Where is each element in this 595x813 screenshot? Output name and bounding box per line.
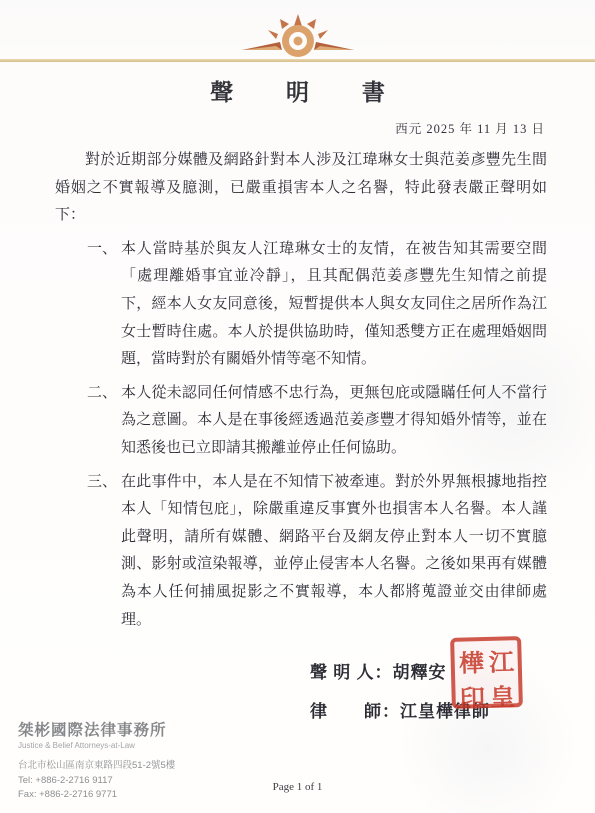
document-date: 西元 2025 年 11 月 13 日 [0,119,595,137]
declaration-list: 一、 本人當時基於與友人江瑋琳女士的友情，在被告知其需要空間「處理離婚事宜並冷靜… [55,236,547,634]
firm-name-english: Justice & Belief Attorneys-at-Law [18,741,175,750]
statement-document: 聲明書 西元 2025 年 11 月 13 日 對於近期部分媒體及網路針對本人涉… [0,0,595,813]
seal-char: 樺 [456,643,488,679]
item-text: 本人當時基於與友人江瑋琳女士的友情，在被告知其需要空間「處理離婚事宜並冷靜」，且… [121,236,547,374]
document-title: 聲明書 [157,74,438,107]
firm-address: 台北市松山區南京東路四段51-2號5樓 [18,759,175,774]
declarant-name: 胡釋安 [393,663,447,682]
firm-name: 桀彬國際法律事務所 [18,718,175,740]
intro-paragraph: 對於近期部分媒體及網路針對本人涉及江瑋琳女士與范姜彥豐先生間婚姻之不實報導及臆測… [55,147,547,230]
sun-logo-icon [240,14,356,58]
firm-logo [0,14,595,58]
seal-char: 皇 [486,677,518,713]
document-body: 對於近期部分媒體及網路針對本人涉及江瑋琳女士與范姜彥豐先生間婚姻之不實報導及臆測… [0,137,595,720]
declaration-item-2: 二、 本人從未認同任何情感不忠行為，更無包庇或隱瞞任何人不當行為之意圖。本人是在… [55,380,547,463]
item-number: 一、 [87,236,121,374]
item-text: 在此事件中，本人是在不知情下被牽連。對於外界無根據地指控本人「知情包庇」，除嚴重… [121,469,547,635]
declaration-item-1: 一、 本人當時基於與友人江瑋琳女士的友情，在被告知其需要空間「處理離婚事宜並冷靜… [55,236,547,374]
seal-char: 印 [456,678,488,714]
item-text: 本人從未認同任何情感不忠行為，更無包庇或隱瞞任何人不當行為之意圖。本人是在事後經… [121,380,547,463]
declarant-label: 聲 明 人： [310,663,393,682]
header-divider [0,59,595,62]
seal-char: 江 [485,642,517,678]
item-number: 二、 [87,380,121,463]
declaration-item-3: 三、 在此事件中，本人是在不知情下被牽連。對於外界無根據地指控本人「知情包庇」，… [55,469,547,635]
item-number: 三、 [87,469,121,635]
page-number: Page 1 of 1 [0,781,595,793]
letterhead-header: 聲明書 [0,0,595,107]
lawyer-seal-stamp: 江 皇 樺 印 [450,636,523,709]
lawyer-label: 律 師： [310,702,400,721]
